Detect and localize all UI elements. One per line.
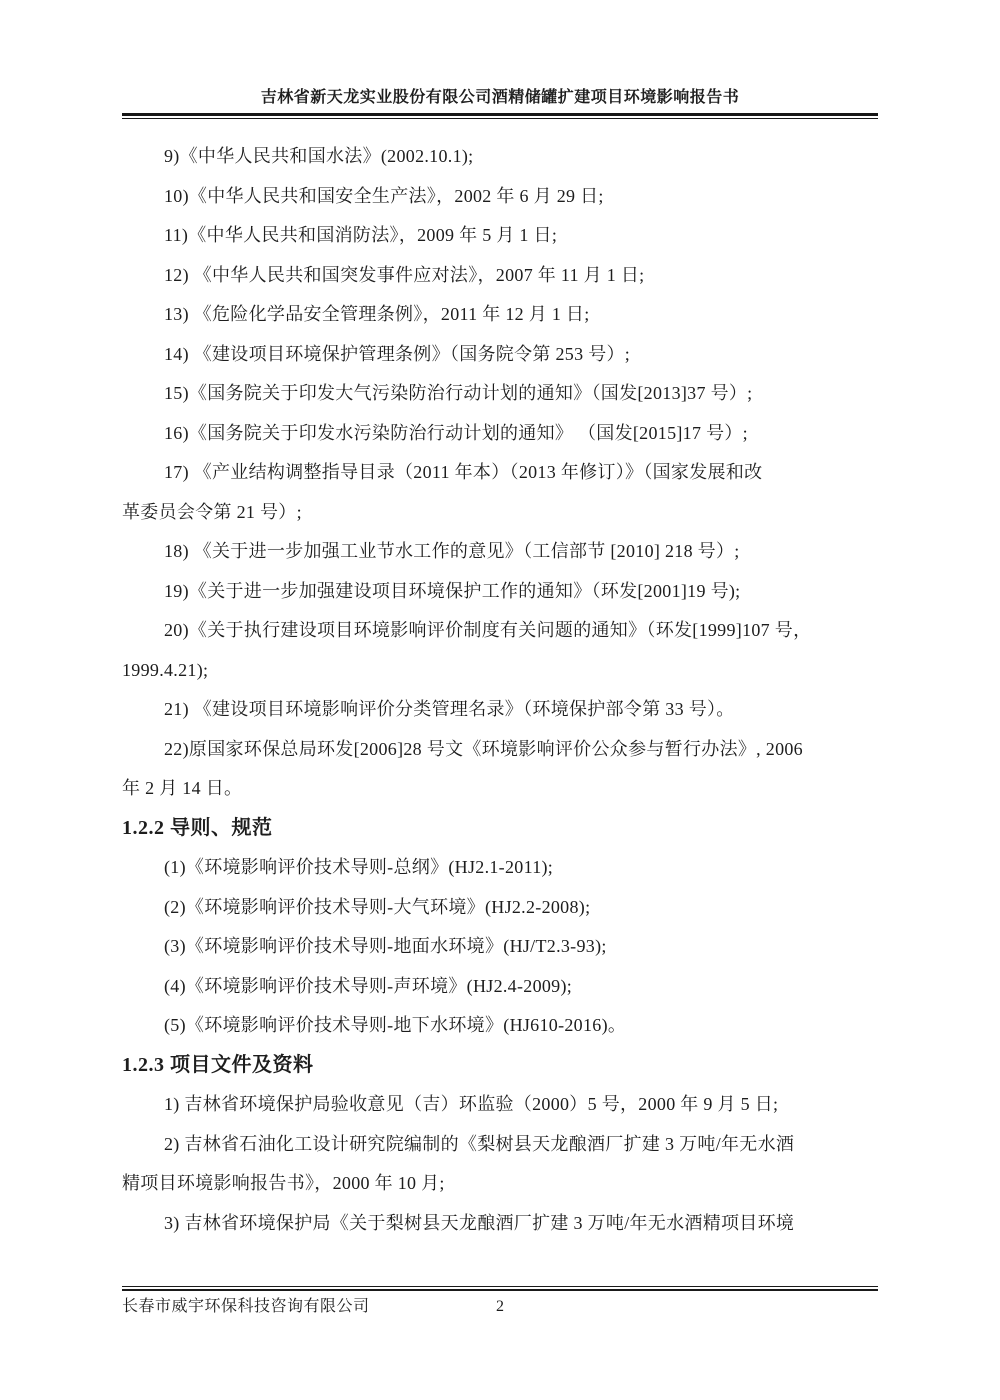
text-line: 12) 《中华人民共和国突发事件应对法》，2007 年 11 月 1 日; xyxy=(122,256,887,296)
text-line: 22)原国家环保总局环发[2006]28 号文《环境影响评价公众参与暂行办法》,… xyxy=(122,730,887,770)
text-line: 3) 吉林省环境保护局《关于梨树县天龙酿酒厂扩建 3 万吨/年无水酒精项目环境 xyxy=(122,1204,887,1244)
section-heading-1-2-2: 1.2.2 导则、规范 xyxy=(122,809,887,849)
text-line: (2)《环境影响评价技术导则-大气环境》(HJ2.2-2008); xyxy=(122,888,887,928)
text-line-continuation: 年 2 月 14 日。 xyxy=(122,769,887,809)
text-line: 11)《中华人民共和国消防法》，2009 年 5 月 1 日; xyxy=(122,216,887,256)
document-body: 9)《中华人民共和国水法》(2002.10.1); 10)《中华人民共和国安全生… xyxy=(122,137,887,1243)
footer-rule xyxy=(122,1286,878,1291)
page-number: 2 xyxy=(496,1296,504,1318)
text-line-continuation: 1999.4.21); xyxy=(122,651,887,691)
page-footer: 长春市威宇环保科技咨询有限公司 2 xyxy=(122,1286,878,1318)
text-line: 16)《国务院关于印发水污染防治行动计划的通知》 （国发[2015]17 号）; xyxy=(122,414,887,454)
text-line: 2) 吉林省石油化工设计研究院编制的《梨树县天龙酿酒厂扩建 3 万吨/年无水酒 xyxy=(122,1125,887,1165)
section-heading-1-2-3: 1.2.3 项目文件及资料 xyxy=(122,1046,887,1086)
text-line: 15)《国务院关于印发大气污染防治行动计划的通知》（国发[2013]37 号）; xyxy=(122,374,887,414)
text-line: (5)《环境影响评价技术导则-地下水环境》(HJ610-2016)。 xyxy=(122,1006,887,1046)
header-rule xyxy=(122,113,878,119)
text-line-continuation: 精项目环境影响报告书》，2000 年 10 月; xyxy=(122,1164,887,1204)
text-line: 17) 《产业结构调整指导目录（2011 年本）（2013 年修订）》（国家发展… xyxy=(122,453,887,493)
text-line: (1)《环境影响评价技术导则-总纲》(HJ2.1-2011); xyxy=(122,848,887,888)
page-header: 吉林省新天龙实业股份有限公司酒精储罐扩建项目环境影响报告书 xyxy=(122,84,878,119)
text-line: (3)《环境影响评价技术导则-地面水环境》(HJ/T2.3-93); xyxy=(122,927,887,967)
text-line: 14) 《建设项目环境保护管理条例》（国务院令第 253 号）; xyxy=(122,335,887,375)
text-line: 13) 《危险化学品安全管理条例》，2011 年 12 月 1 日; xyxy=(122,295,887,335)
text-line: 18) 《关于进一步加强工业节水工作的意见》（工信部节 [2010] 218 号… xyxy=(122,532,887,572)
text-line: (4)《环境影响评价技术导则-声环境》(HJ2.4-2009); xyxy=(122,967,887,1007)
footer-company-name: 长春市威宇环保科技咨询有限公司 xyxy=(122,1296,370,1318)
text-line: 1) 吉林省环境保护局验收意见（吉）环监验（2000）5 号，2000 年 9 … xyxy=(122,1085,887,1125)
text-line: 20)《关于执行建设项目环境影响评价制度有关问题的通知》（环发[1999]107… xyxy=(122,611,887,651)
text-line-continuation: 革委员会令第 21 号）; xyxy=(122,493,887,533)
header-title: 吉林省新天龙实业股份有限公司酒精储罐扩建项目环境影响报告书 xyxy=(122,84,878,107)
footer-row: 长春市威宇环保科技咨询有限公司 2 xyxy=(122,1296,878,1318)
text-line: 9)《中华人民共和国水法》(2002.10.1); xyxy=(122,137,887,177)
text-line: 10)《中华人民共和国安全生产法》，2002 年 6 月 29 日; xyxy=(122,177,887,217)
text-line: 19)《关于进一步加强建设项目环境保护工作的通知》（环发[2001]19 号); xyxy=(122,572,887,612)
document-page: 吉林省新天龙实业股份有限公司酒精储罐扩建项目环境影响报告书 9)《中华人民共和国… xyxy=(0,0,1000,1400)
text-line: 21) 《建设项目环境影响评价分类管理名录》（环境保护部令第 33 号）。 xyxy=(122,690,887,730)
